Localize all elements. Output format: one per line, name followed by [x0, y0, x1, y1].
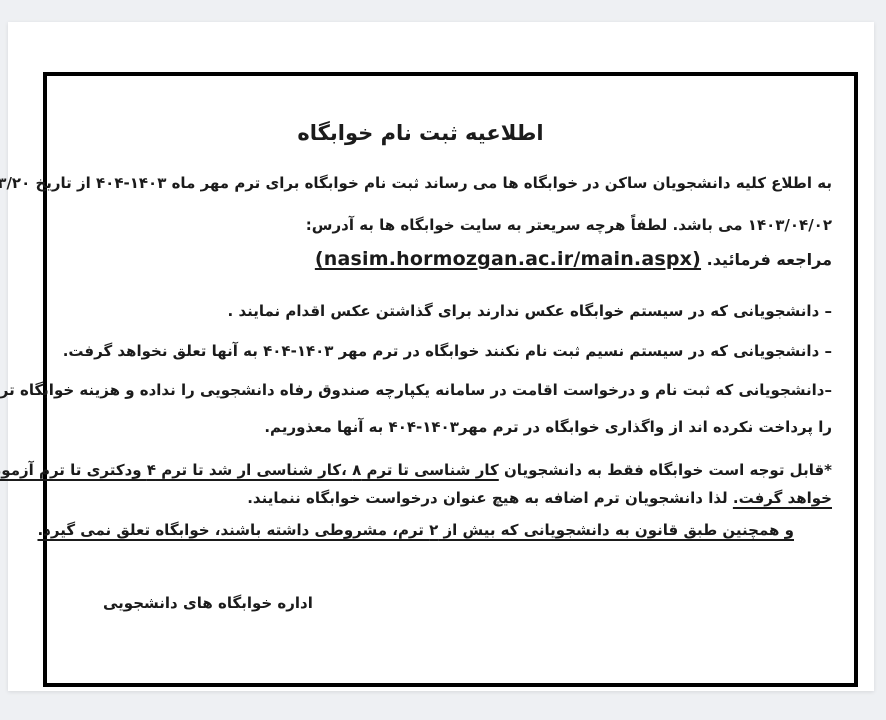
bullet-photo-note: – دانشجویانی که در سیستم خوابگاه عکس ندا… — [228, 298, 832, 324]
page-background: { "page": { "background_color": "#eef0f3… — [0, 0, 886, 720]
probation-rule-line: و همچنین طبق قانون به دانشجویانی که بیش … — [37, 517, 794, 543]
payment-note-line-2: را پرداخت نکرده اند از واگذاری خوابگاه د… — [264, 414, 832, 440]
notice-paper: اطلاعیه ثبت نام خوابگاه به اطلاع کلیه دا… — [8, 22, 874, 691]
notice-title: اطلاعیه ثبت نام خوابگاه — [47, 118, 854, 148]
site-link-line: مراجعه فرمائید. (nasim.hormozgan.ac.ir/m… — [315, 246, 832, 273]
bullet-registration-note: – دانشجویانی که در سیستم نسیم ثبت نام نک… — [63, 338, 832, 364]
intro-line-1: به اطلاع کلیه دانشجویان ساکن در خوابگاه … — [0, 170, 832, 196]
intro-line-2: ۱۴۰۳/۰۴/۰۲ می باشد. لطفاً هرچه سریعتر به… — [306, 212, 832, 238]
eligibility-note-line-2-plain: لذا دانشجویان ترم اضافه به هیچ عنوان درخ… — [247, 489, 733, 507]
eligibility-note-line-1: *قابل توجه است خوابگاه فقط به دانشجویان … — [0, 457, 832, 483]
eligibility-note-line-1-underlined: کار شناسی تا ترم ۸ ،کار شناسی ار شد تا ت… — [0, 461, 499, 479]
site-url-text: (nasim.hormozgan.ac.ir/main.aspx) — [315, 246, 701, 272]
eligibility-note-line-2-underlined: خواهد گرفت. — [733, 489, 832, 507]
notice-border-frame: اطلاعیه ثبت نام خوابگاه به اطلاع کلیه دا… — [43, 72, 858, 687]
site-visit-text: مراجعه فرمائید. — [707, 250, 832, 269]
eligibility-note-line-1-plain: *قابل توجه است خوابگاه فقط به دانشجویان — [499, 461, 832, 479]
payment-note-line-1: –دانشجویانی که ثبت نام و درخواست اقامت د… — [0, 377, 832, 403]
signature-line: اداره خوابگاه های دانشجویی — [103, 590, 313, 616]
eligibility-note-line-2: خواهد گرفت. لذا دانشجویان ترم اضافه به ه… — [247, 485, 832, 511]
